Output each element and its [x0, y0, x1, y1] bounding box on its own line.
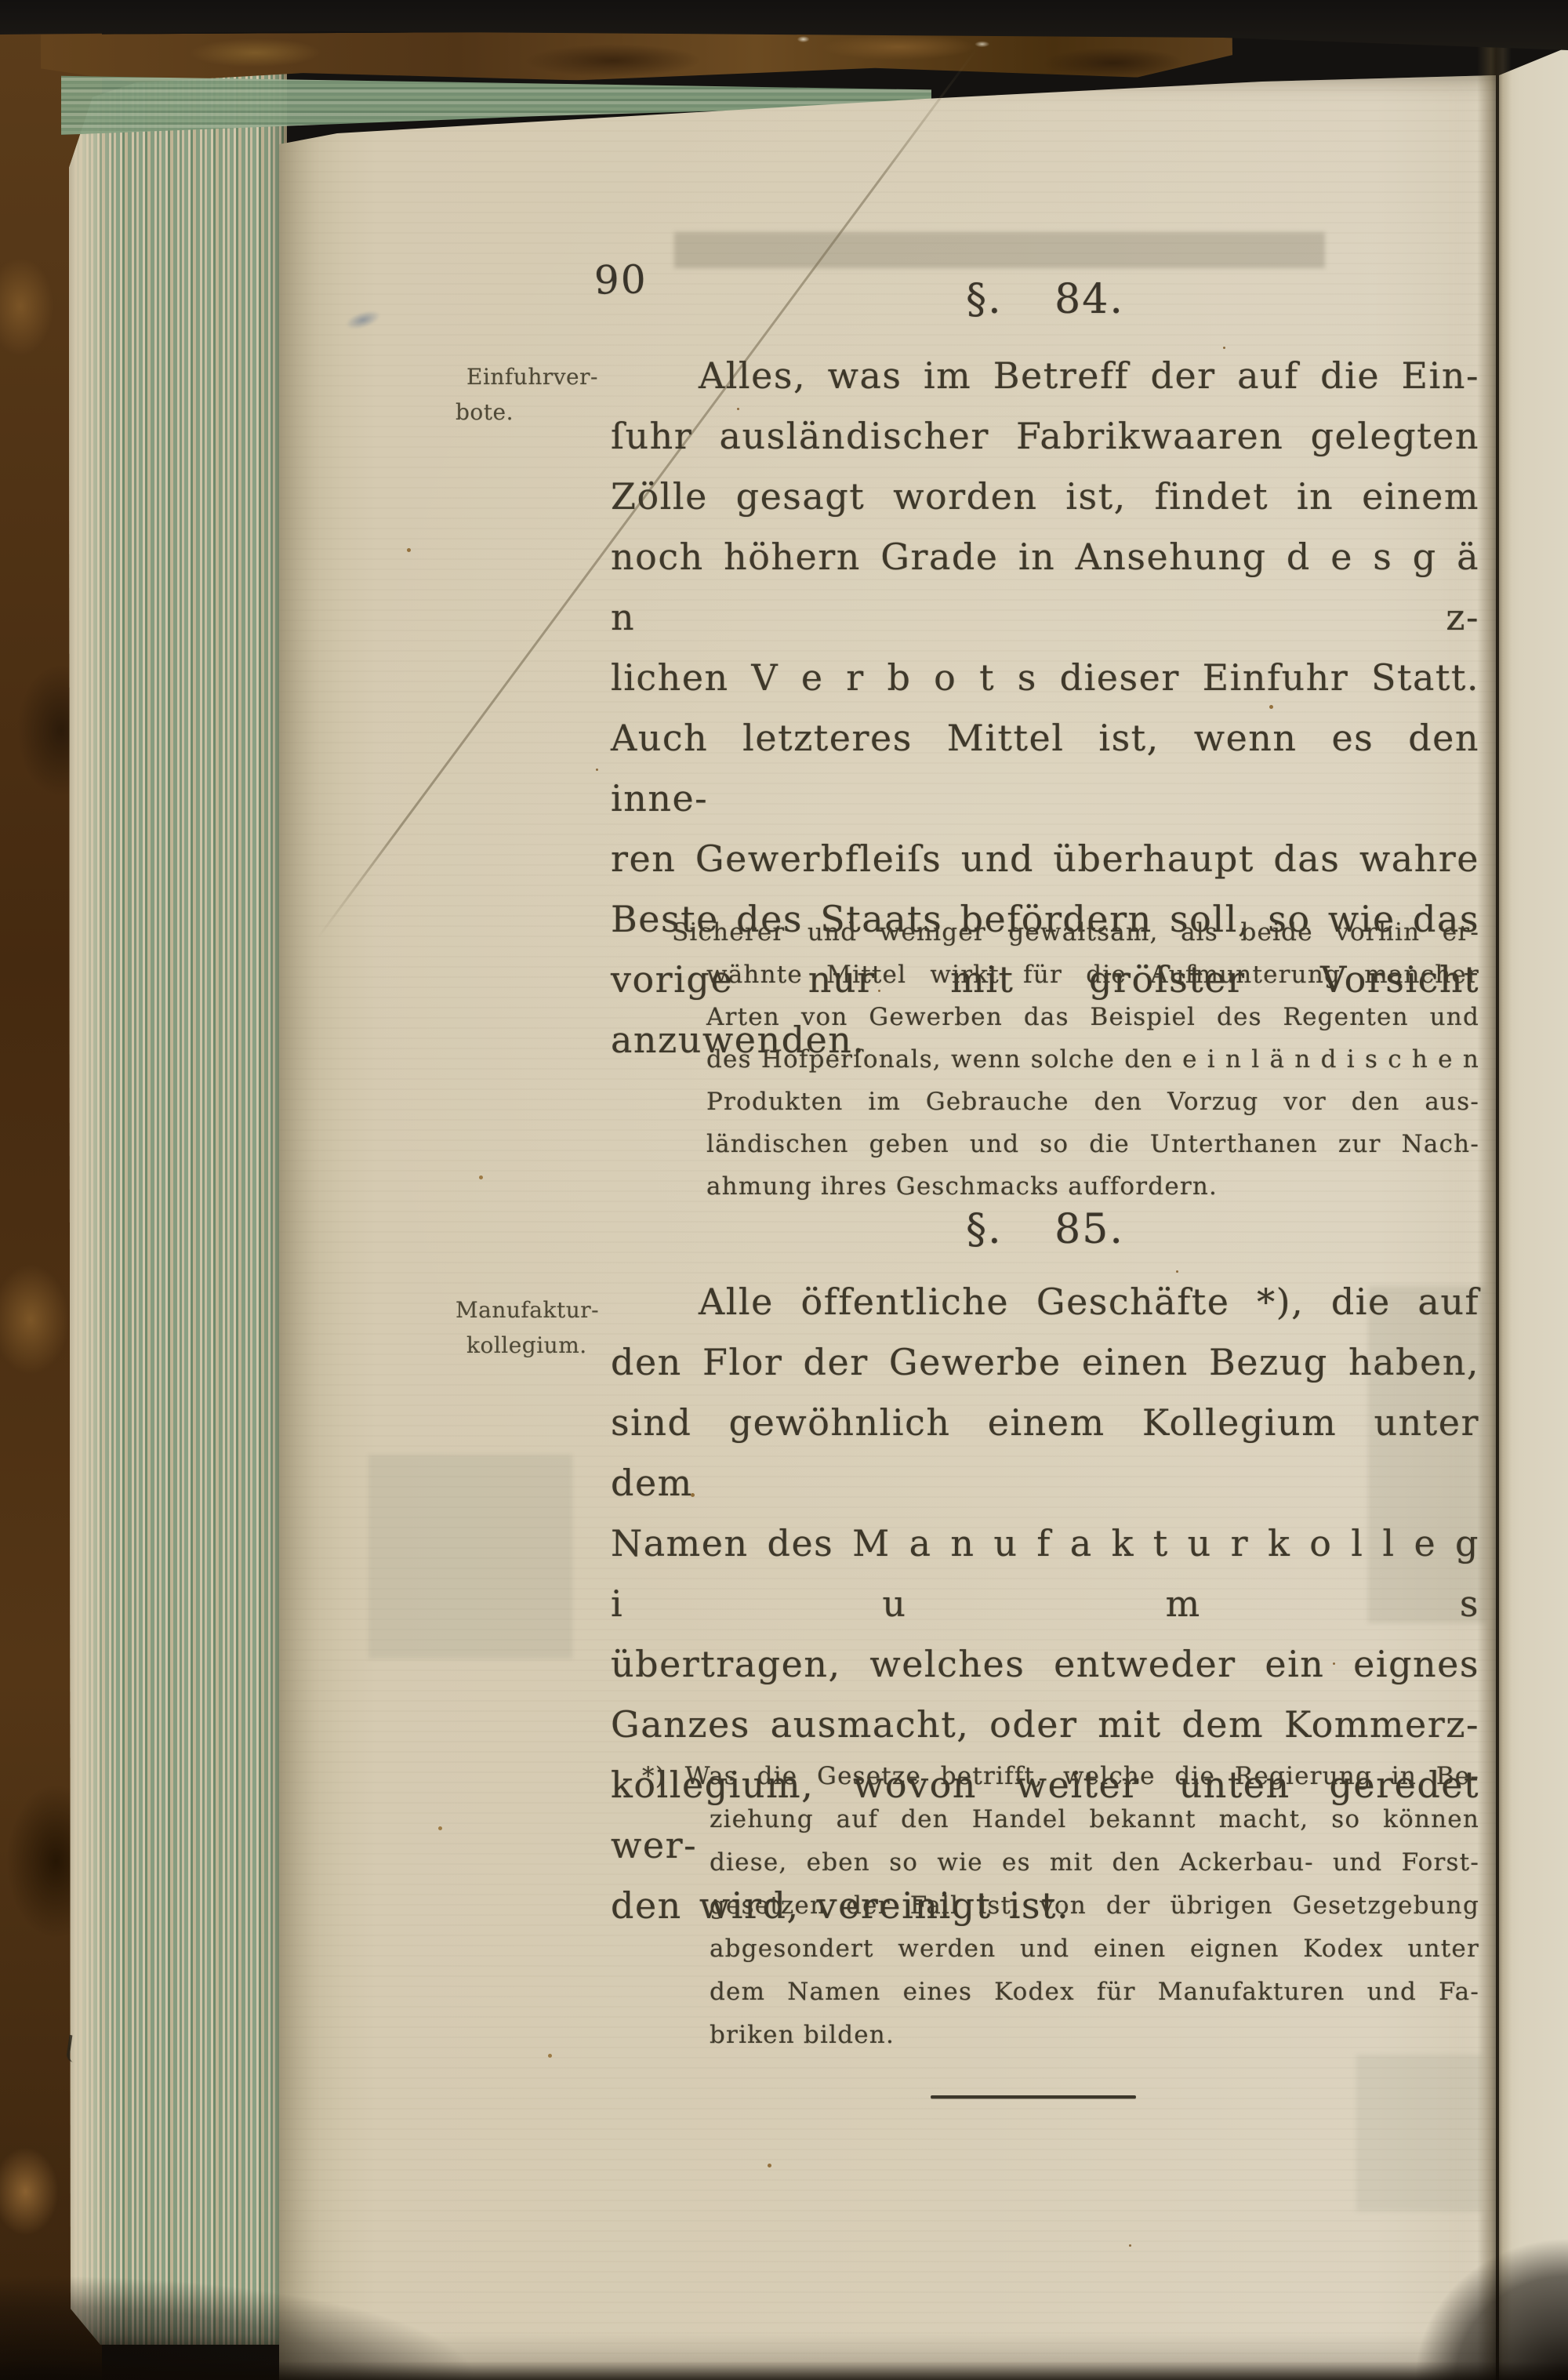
margin-note-line: kollegium. — [456, 1328, 599, 1363]
margin-note-einfuhrverbote: Einfuhrver- bote. — [456, 359, 598, 430]
text-line: ländischen geben und so die Unterthanen … — [706, 1123, 1479, 1165]
text-line: Namen des M a n u f a k t u r k o l l e … — [611, 1513, 1479, 1634]
footnote-paragraph: *) Was die Gesetze betrifft, welche die … — [710, 1755, 1479, 2057]
section-heading-85: §. 85. — [611, 1206, 1479, 1253]
text-line: Alle öffentliche Geschäfte *), die auf — [611, 1272, 1479, 1332]
text-line: Auch letzteres Mittel ist, wenn es den i… — [611, 708, 1479, 829]
show-through-smudge — [674, 232, 1325, 268]
margin-note-line: Manufaktur- — [456, 1292, 599, 1328]
text-line: übertragen, welches entweder ein eignes — [611, 1634, 1479, 1695]
text-line: Alles, was im Betreff der auf die Ein- — [611, 346, 1479, 406]
petit-paragraph: Sicherer und weniger gewaltsam, als beid… — [706, 911, 1479, 1208]
text-line: ahmung ihres Geschmacks auffordern. — [706, 1165, 1479, 1208]
text-line: ren Gewerbfleiſs und überhaupt das wahre — [611, 829, 1479, 889]
text-line: abgesondert werden und einen eignen Kode… — [710, 1928, 1479, 1971]
margin-note-line: Einfuhrver- — [456, 359, 598, 394]
book-scan-page: 90 §. 84. Einfuhrver- bote. Alles, was i… — [0, 0, 1568, 2380]
text-line: briken bilden. — [710, 2014, 1479, 2057]
text-line: diese, eben so wie es mit den Ackerbau- … — [710, 1841, 1479, 1884]
page-block-fore-edges — [66, 50, 287, 2345]
bottom-left-shadow — [0, 2231, 596, 2380]
text-line: gesetzen der Fall ist, von der übrigen G… — [710, 1884, 1479, 1928]
text-line: sind gewöhnlich einem Kollegium unter de… — [611, 1393, 1479, 1513]
section-divider-rule — [931, 2095, 1136, 2098]
text-line: Sicherer und weniger gewaltsam, als beid… — [706, 911, 1479, 954]
text-line: Ganzes ausmacht, oder mit dem Kommerz- — [611, 1695, 1479, 1755]
text-line: lichen V e r b o t s dieser Einfuhr Stat… — [611, 648, 1479, 708]
margin-note-line: bote. — [456, 394, 598, 430]
text-line: des Hofperſonals, wenn solche den e i n … — [706, 1038, 1479, 1081]
text-line: Arten von Gewerben das Beispiel des Rege… — [706, 996, 1479, 1038]
text-line: *) Was die Gesetze betrifft, welche die … — [710, 1755, 1479, 1798]
paper-fiber-specks — [0, 0, 2, 2]
bottom-right-shadow — [1317, 2145, 1568, 2380]
show-through-smudge — [368, 1455, 572, 1659]
text-line: Zölle gesagt worden ist, findet in einem — [611, 467, 1479, 527]
margin-note-manufakturkollegium: Manufaktur- kollegium. — [456, 1292, 599, 1363]
text-line: ſuhr ausländischer Fabrikwaaren gelegten — [611, 406, 1479, 467]
text-line: Produkten im Gebrauche den Vorzug vor de… — [706, 1081, 1479, 1123]
book-cover-top-edge — [41, 28, 1232, 83]
text-line: den Flor der Gewerbe einen Bezug haben, — [611, 1332, 1479, 1393]
text-line: noch höhern Grade in Ansehung d e s g ä … — [611, 527, 1479, 648]
text-line: ziehung auf den Handel bekannt macht, so… — [710, 1798, 1479, 1841]
text-line: dem Namen eines Kodex für Manufakturen u… — [710, 1971, 1479, 2014]
text-line: wähnte Mittel wirkt für die Aufmunterung… — [706, 954, 1479, 996]
section-heading-84: §. 84. — [611, 276, 1479, 323]
gutter-crease-shadow — [1477, 31, 1512, 2380]
